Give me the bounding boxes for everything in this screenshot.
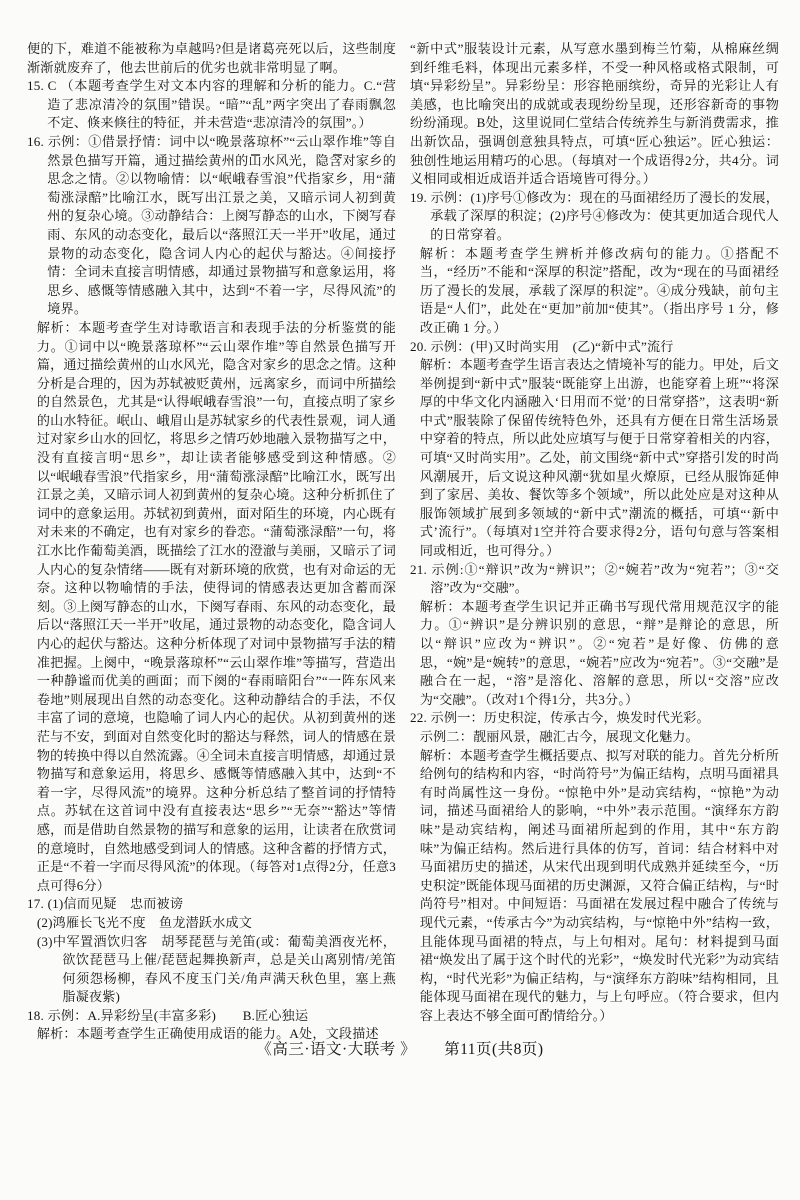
exam-answer-page: 便的下，难道不能被称为卓越吗?但是诸葛亮死以后，这些制度渐渐就废弃了，他去世前后… bbox=[0, 0, 800, 1044]
right-column: “新中式”服装设计元素，从写意水墨到梅兰竹菊，从棉麻丝绸到纤维毛料，体现出元素多… bbox=[410, 40, 779, 1044]
item-number: 19. bbox=[410, 190, 431, 205]
item-number: 18. bbox=[27, 1008, 48, 1023]
scan-underline-mark bbox=[251, 154, 260, 156]
answer-paragraph: 解析：本题考查学生语言表达之情境补写的能力。甲处，后文举例提到“新中式”服装“既… bbox=[420, 356, 779, 561]
answer-item: 15.C （本题考查学生对文本内容的理解和分析的能力。C.“营造了悲凉清冷的氛围… bbox=[27, 77, 396, 133]
item-number: 15. bbox=[27, 78, 48, 93]
item-number: 17. bbox=[27, 896, 48, 911]
page-number: 第11页(共8页) bbox=[444, 1037, 544, 1059]
item-text: 解析：本题考查学生对诗歌语言和表现手法的分析鉴赏的能力。①词中以“晚景落琼杯”“… bbox=[37, 320, 396, 893]
answer-paragraph: 解析：本题考查学生对诗歌语言和表现手法的分析鉴赏的能力。①词中以“晚景落琼杯”“… bbox=[37, 319, 396, 895]
item-text: (2)鸿雁长飞光不度 鱼龙潜跃水成文 bbox=[37, 915, 252, 930]
item-text: 便的下，难道不能被称为卓越吗?但是诸葛亮死以后，这些制度渐渐就废弃了，他去世前后… bbox=[27, 41, 396, 75]
scan-underline-mark bbox=[333, 154, 342, 156]
two-column-layout: 便的下，难道不能被称为卓越吗?但是诸葛亮死以后，这些制度渐渐就废弃了，他去世前后… bbox=[27, 40, 780, 1044]
item-text: 示例:①“辩识”改为“辨识”；②“婉若”改为“宛若”；③“交溶”改为“交融”。 bbox=[430, 562, 779, 596]
item-text: C （本题考查学生对文本内容的理解和分析的能力。C.“营造了悲凉清冷的氛围”错误… bbox=[47, 78, 396, 130]
item-text: 示例：①借景抒情：词中以“晚景落琼杯”“云山翠作堆”等自然景色描写开篇，通过描绘… bbox=[47, 134, 396, 316]
item-number: 16. bbox=[27, 134, 48, 149]
item-number: 20. bbox=[410, 339, 431, 354]
answer-item: 19.示例：(1)序号①修改为：现在的马面裙经历了漫长的发展，承载了深厚的积淀；… bbox=[410, 189, 779, 245]
item-text: 解析：本题考查学生概括要点、拟写对联的能力。首先分析所给例句的结构和内容，“时尚… bbox=[420, 748, 779, 1023]
item-text: (3)中军置酒饮归客 胡琴琵琶与羌笛(或：葡萄美酒夜光杯，欲饮琵琶马上催/琵琶起… bbox=[37, 934, 396, 1005]
answer-paragraph: (2)鸿雁长飞光不度 鱼龙潜跃水成文 bbox=[37, 914, 396, 933]
item-text: 解析：本题考查学生语言表达之情境补写的能力。甲处，后文举例提到“新中式”服装“既… bbox=[420, 357, 779, 558]
item-number: 22. bbox=[410, 710, 431, 725]
item-text: (1)信而见疑 忠而被谤 bbox=[48, 896, 184, 911]
left-column: 便的下，难道不能被称为卓越吗?但是诸葛亮死以后，这些制度渐渐就废弃了，他去世前后… bbox=[27, 40, 396, 1044]
answer-paragraph: (3)中军置酒饮归客 胡琴琵琶与羌笛(或：葡萄美酒夜光杯，欲饮琵琶马上催/琵琶起… bbox=[37, 933, 396, 1007]
answer-item: 17.(1)信而见疑 忠而被谤 bbox=[27, 895, 396, 914]
answer-paragraph: 示例二：靓丽风景，融汇古今，展现文化魅力。 bbox=[420, 728, 779, 747]
answer-item: 20.示例：(甲)又时尚实用 (乙)“新中式”流行 bbox=[410, 338, 779, 357]
answer-item: 22.示例一：历史积淀，传承古今，焕发时代光彩。 bbox=[410, 709, 779, 728]
item-text: 示例：A.异彩纷呈(丰富多彩) B.匠心独运 bbox=[48, 1008, 309, 1023]
item-text: 解析：本题考查学生识记并正确书写现代常用规范汉字的能力。①“辨识”是分辨识别的意… bbox=[420, 599, 779, 707]
answer-paragraph: 便的下，难道不能被称为卓越吗?但是诸葛亮死以后，这些制度渐渐就废弃了，他去世前后… bbox=[27, 40, 396, 77]
answer-paragraph: 解析：本题考查学生辨析并修改病句的能力。①搭配不当，“经历”不能和“深厚的积淀”… bbox=[420, 245, 779, 338]
item-text: “新中式”服装设计元素，从写意水墨到梅兰竹菊，从棉麻丝绸到纤维毛料，体现出元素多… bbox=[410, 41, 779, 186]
answer-item: 21.示例:①“辩识”改为“辨识”；②“婉若”改为“宛若”；③“交溶”改为“交融… bbox=[410, 561, 779, 598]
item-text: 示例二：靓丽风景，融汇古今，展现文化魅力。 bbox=[420, 729, 699, 744]
answer-paragraph: “新中式”服装设计元素，从写意水墨到梅兰竹菊，从棉麻丝绸到纤维毛料，体现出元素多… bbox=[410, 40, 779, 189]
journal-title: 《高三·语文·大联考 》 bbox=[256, 1037, 416, 1059]
answer-paragraph: 解析：本题考查学生识记并正确书写现代常用规范汉字的能力。①“辨识”是分辨识别的意… bbox=[420, 598, 779, 710]
item-text: 示例：(1)序号①修改为：现在的马面裙经历了漫长的发展，承载了深厚的积淀；(2)… bbox=[430, 190, 779, 242]
page-footer: 《高三·语文·大联考 》 第11页(共8页) bbox=[0, 1037, 800, 1059]
answer-paragraph: 解析：本题考查学生概括要点、拟写对联的能力。首先分析所给例句的结构和内容，“时尚… bbox=[420, 747, 779, 1026]
item-text: 解析：本题考查学生辨析并修改病句的能力。①搭配不当，“经历”不能和“深厚的积淀”… bbox=[420, 246, 779, 335]
answer-item: 16.示例：①借景抒情：词中以“晚景落琼杯”“云山翠作堆”等自然景色描写开篇，通… bbox=[27, 133, 396, 319]
answer-item: 18.示例：A.异彩纷呈(丰富多彩) B.匠心独运 bbox=[27, 1007, 396, 1026]
item-text: 示例一：历史积淀，传承古今，焕发时代光彩。 bbox=[431, 710, 710, 725]
item-text: 示例：(甲)又时尚实用 (乙)“新中式”流行 bbox=[431, 339, 674, 354]
item-number: 21. bbox=[410, 562, 431, 577]
